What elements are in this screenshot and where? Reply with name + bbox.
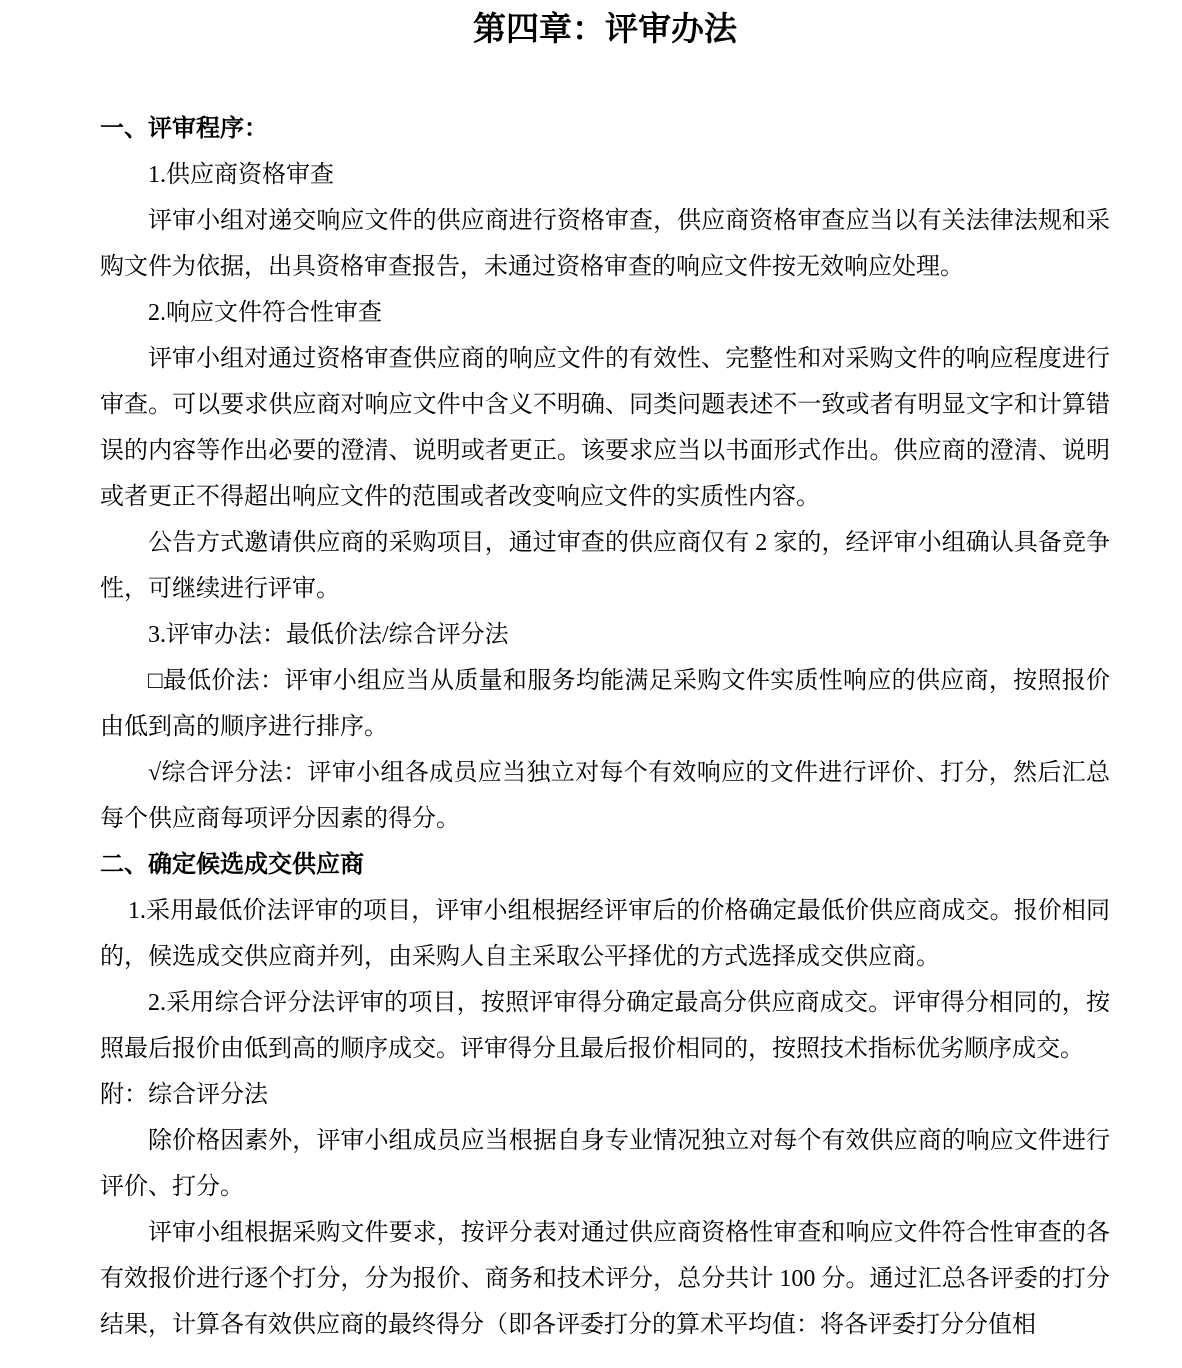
document-body: 一、评审程序： 1.供应商资格审查 评审小组对递交响应文件的供应商进行资格审查，… — [100, 106, 1110, 1348]
option-lowest-price-label: 最低价法： — [163, 668, 284, 694]
section-heading-determine-candidate-suppliers: 二、确定候选成交供应商 — [100, 842, 1110, 888]
item-evaluation-methods: 3.评审办法：最低价法/综合评分法 — [100, 612, 1110, 658]
option-comprehensive-scoring-method: √综合评分法：评审小组各成员应当独立对每个有效响应的文件进行评价、打分，然后汇总… — [100, 750, 1110, 842]
option-comprehensive-scoring-label: 综合评分法： — [161, 760, 307, 786]
paragraph-qualification-review-detail: 评审小组对递交响应文件的供应商进行资格审查，供应商资格审查应当以有关法律法规和采… — [100, 198, 1110, 290]
document-page: 第四章：评审办法 一、评审程序： 1.供应商资格审查 评审小组对递交响应文件的供… — [0, 0, 1182, 1368]
paragraph-independent-scoring: 除价格因素外，评审小组成员应当根据自身专业情况独立对每个有效供应商的响应文件进行… — [100, 1118, 1110, 1210]
paragraph-comprehensive-scoring-award-rule: 2.采用综合评分法评审的项目，按照评审得分确定最高分供应商成交。评审得分相同的，… — [100, 980, 1110, 1072]
section-heading-evaluation-procedure: 一、评审程序： — [100, 106, 1110, 152]
chapter-title: 第四章：评审办法 — [100, 6, 1110, 54]
checkmark-icon: √ — [148, 760, 161, 786]
attachment-heading-comprehensive-scoring: 附：综合评分法 — [100, 1072, 1110, 1118]
checkbox-unchecked-icon: □ — [148, 668, 163, 694]
item-supplier-qualification-review: 1.供应商资格审查 — [100, 152, 1110, 198]
paragraph-conformity-review-detail: 评审小组对通过资格审查供应商的响应文件的有效性、完整性和对采购文件的响应程度进行… — [100, 336, 1110, 520]
paragraph-lowest-price-award-rule: 1.采用最低价法评审的项目，评审小组根据经评审后的价格确定最低价供应商成交。报价… — [100, 888, 1110, 980]
option-lowest-price-method: □最低价法：评审小组应当从质量和服务均能满足采购文件实质性响应的供应商，按照报价… — [100, 658, 1110, 750]
paragraph-two-supplier-competitiveness-note: 公告方式邀请供应商的采购项目，通过审查的供应商仅有 2 家的，经评审小组确认具备… — [100, 520, 1110, 612]
paragraph-scoring-process: 评审小组根据采购文件要求，按评分表对通过供应商资格性审查和响应文件符合性审查的各… — [100, 1210, 1110, 1348]
item-response-document-conformity-review: 2.响应文件符合性审查 — [100, 290, 1110, 336]
